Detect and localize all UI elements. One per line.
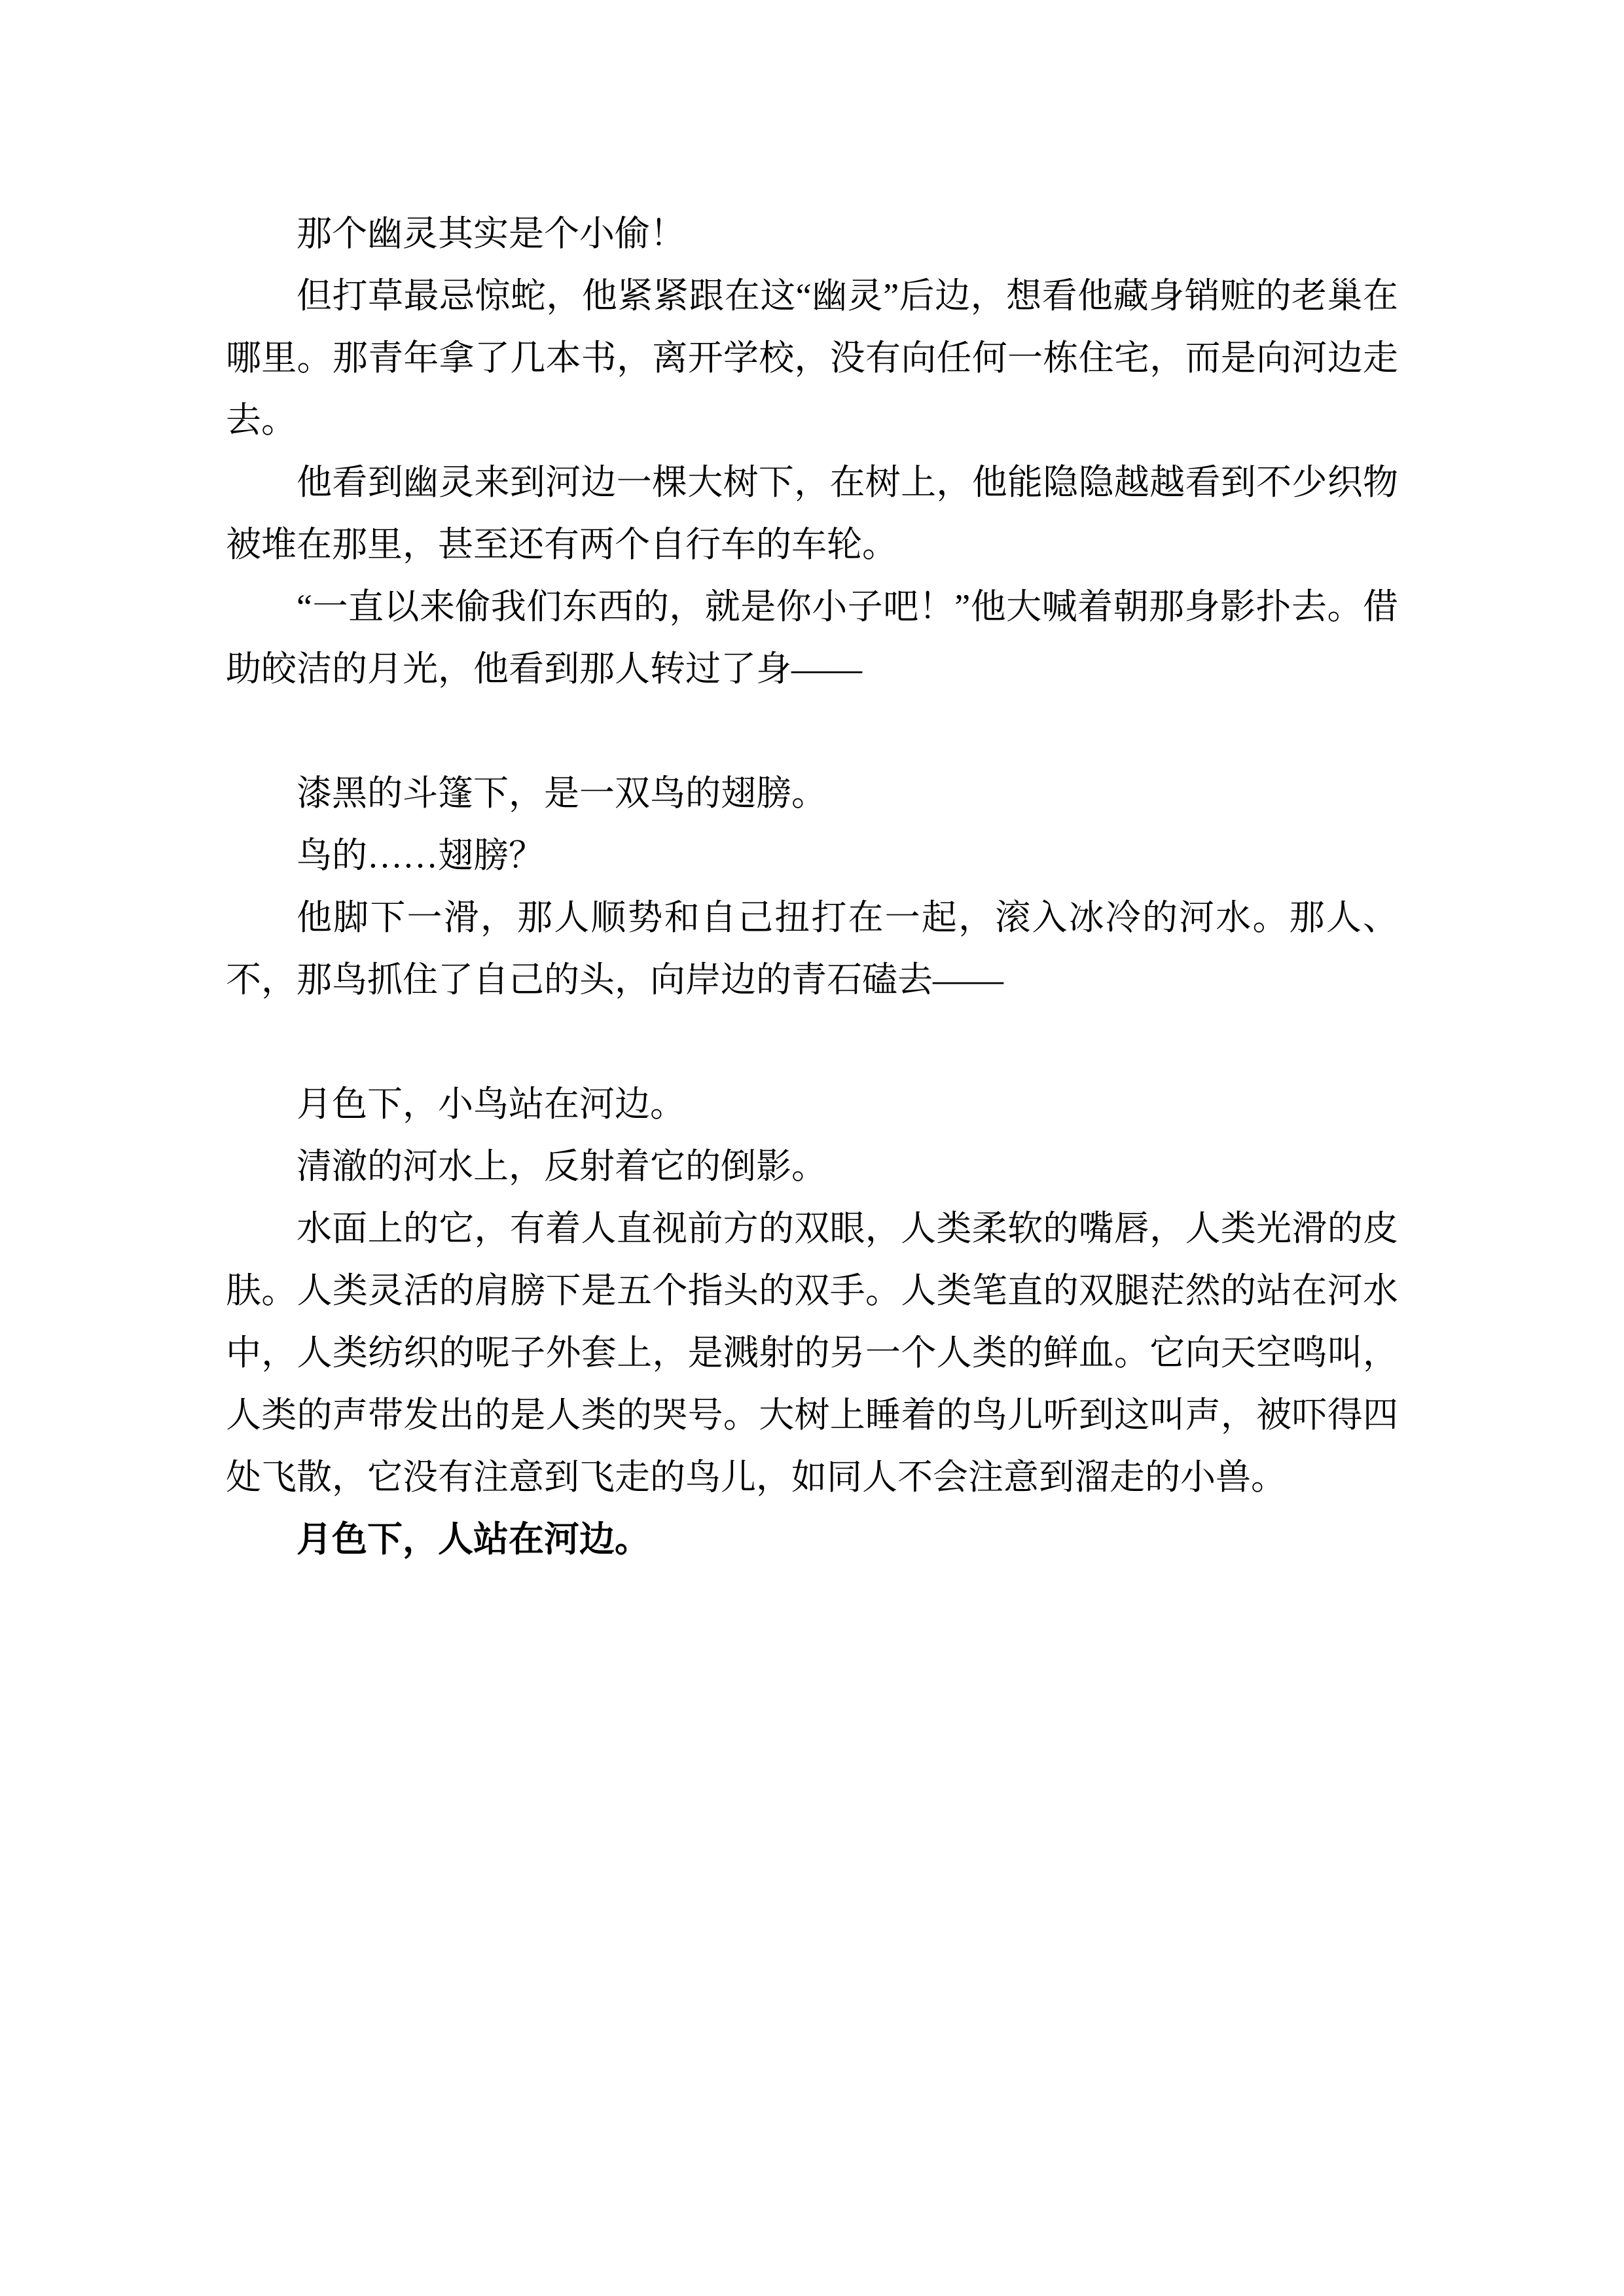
- paragraph-6: 漆黑的斗篷下，是一双鸟的翅膀。: [226, 762, 1398, 825]
- document-page: 那个幽灵其实是个小偷！ 但打草最忌惊蛇，他紧紧跟在这“幽灵”后边，想看他藏身销赃…: [0, 0, 1624, 2296]
- paragraph-8: 他脚下一滑，那人顺势和自己扭打在一起，滚入冰冷的河水。那人、不，那鸟抓住了自己的…: [226, 887, 1398, 1011]
- paragraph-7: 鸟的……翅膀？: [226, 825, 1398, 887]
- paragraph-12: 水面上的它，有着人直视前方的双眼，人类柔软的嘴唇，人类光滑的皮肤。人类灵活的肩膀…: [226, 1198, 1398, 1509]
- blank-line-2: [226, 1011, 1398, 1073]
- text-body: 那个幽灵其实是个小偷！ 但打草最忌惊蛇，他紧紧跟在这“幽灵”后边，想看他藏身销赃…: [226, 203, 1398, 1571]
- blank-line-1: [226, 700, 1398, 762]
- paragraph-2: 但打草最忌惊蛇，他紧紧跟在这“幽灵”后边，想看他藏身销赃的老巢在哪里。那青年拿了…: [226, 265, 1398, 452]
- paragraph-4: “一直以来偷我们东西的，就是你小子吧！”他大喊着朝那身影扑去。借助皎洁的月光，他…: [226, 576, 1398, 700]
- closing-line-bold: 月色下，人站在河边。: [226, 1509, 1398, 1571]
- paragraph-10: 月色下，小鸟站在河边。: [226, 1073, 1398, 1136]
- paragraph-1: 那个幽灵其实是个小偷！: [226, 203, 1398, 265]
- paragraph-11: 清澈的河水上，反射着它的倒影。: [226, 1136, 1398, 1198]
- paragraph-3: 他看到幽灵来到河边一棵大树下，在树上，他能隐隐越越看到不少织物被堆在那里，甚至还…: [226, 452, 1398, 576]
